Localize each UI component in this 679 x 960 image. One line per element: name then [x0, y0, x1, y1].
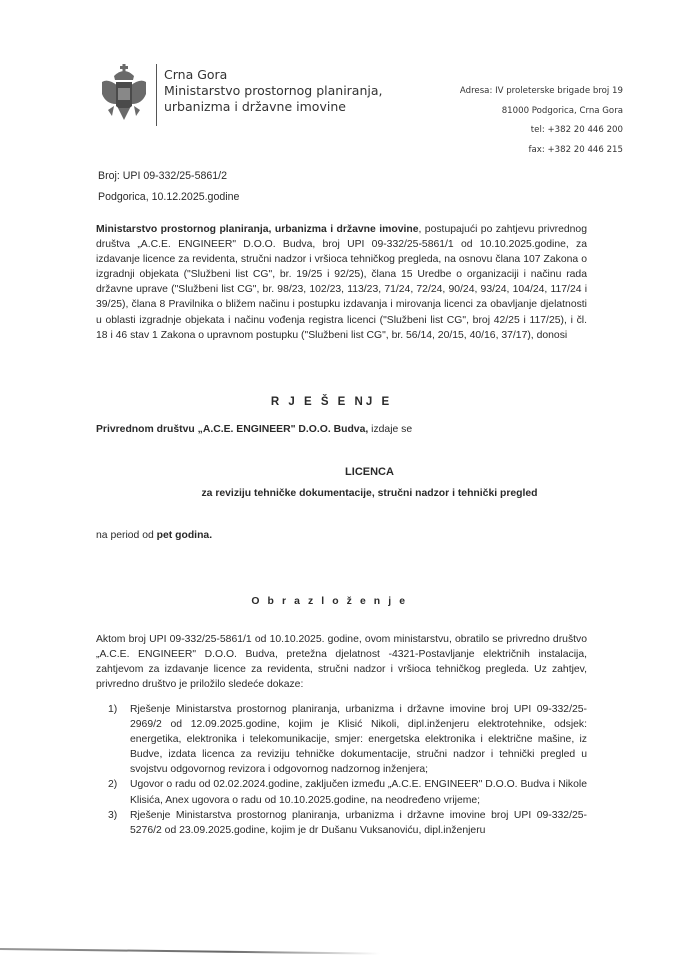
header-divider	[156, 64, 157, 126]
address-tel: tel: +382 20 446 200	[460, 121, 623, 141]
list-item: 2) Ugovor o radu od 02.02.2024.godine, z…	[108, 777, 587, 807]
montenegro-coat-of-arms-icon	[100, 64, 148, 124]
list-item-number: 2)	[108, 777, 117, 792]
period-prefix: na period od	[96, 530, 157, 541]
list-item: 1) Rješenje Ministarstva prostornog plan…	[108, 702, 587, 777]
obrazlozenje-heading: O b r a z l o ž e n j e	[0, 596, 669, 607]
evidence-list: 1) Rješenje Ministarstva prostornog plan…	[108, 702, 587, 838]
scan-edge-line	[0, 948, 380, 955]
list-item-text: Ugovor o radu od 02.02.2024.godine, zakl…	[130, 779, 587, 805]
intro-paragraph: Ministarstvo prostornog planiranja, urba…	[96, 222, 587, 343]
list-item-number: 1)	[108, 702, 117, 717]
akt-paragraph: Aktom broj UPI 09-332/25-5861/1 od 10.10…	[96, 632, 587, 692]
recipient-bold: Privrednom društvu „A.C.E. ENGINEER" D.O…	[96, 424, 368, 435]
list-item-text: Rješenje Ministarstva prostornog planira…	[130, 810, 587, 836]
document-number: Broj: UPI 09-332/25-5861/2	[98, 166, 239, 187]
address-fax: fax: +382 20 446 215	[460, 141, 623, 161]
intro-text: , postupajući po zahtjevu privrednog dru…	[96, 224, 587, 341]
period-bold: pet godina.	[157, 530, 212, 541]
list-item-number: 3)	[108, 808, 117, 823]
address-block: Adresa: IV proleterske brigade broj 19 8…	[460, 82, 623, 160]
recipient-line: Privrednom društvu „A.C.E. ENGINEER" D.O…	[96, 424, 412, 435]
list-item: 3) Rješenje Ministarstva prostornog plan…	[108, 808, 587, 838]
period-line: na period od pet godina.	[96, 530, 212, 541]
recipient-rest: izdaje se	[368, 424, 412, 435]
ministry-name-block: Crna Gora Ministarstvo prostornog planir…	[164, 66, 383, 115]
document-page: Crna Gora Ministarstvo prostornog planir…	[0, 0, 679, 960]
address-city: 81000 Podgorica, Crna Gora	[460, 102, 623, 122]
list-item-text: Rješenje Ministarstva prostornog planira…	[130, 704, 587, 775]
country-name: Crna Gora	[164, 66, 383, 83]
document-place-date: Podgorica, 10.12.2025.godine	[98, 187, 239, 208]
ministry-name-line1: Ministarstvo prostornog planiranja,	[164, 83, 383, 99]
resenje-heading: R J E Š E NJ E	[0, 396, 671, 408]
document-meta: Broj: UPI 09-332/25-5861/2 Podgorica, 10…	[98, 166, 239, 208]
licenca-heading: LICENCA	[30, 466, 679, 478]
address-street: Adresa: IV proleterske brigade broj 19	[460, 82, 623, 102]
ministry-name-line2: urbanizma i državne imovine	[164, 99, 383, 115]
intro-ministry-bold: Ministarstvo prostornog planiranja, urba…	[96, 224, 419, 235]
licenca-subtitle: za reviziju tehničke dokumentacije, stru…	[30, 488, 679, 499]
